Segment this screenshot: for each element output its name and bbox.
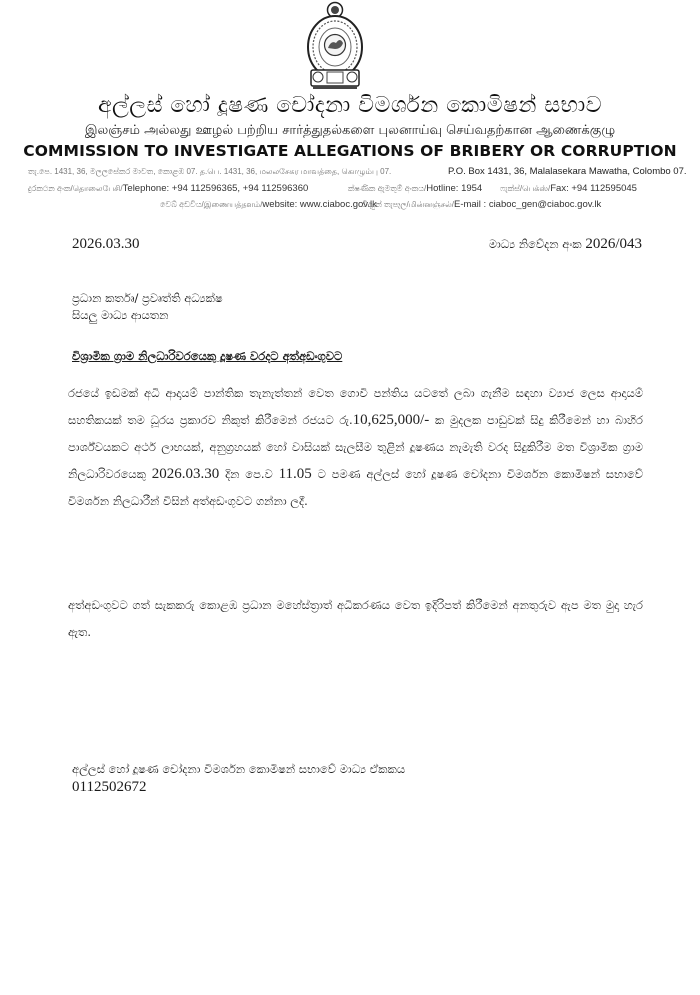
release-number: මාධ්‍ය නිවේදන අංක 2026/043 (489, 236, 642, 253)
body-paragraph-2: අත්අඩංගුවට ගත් සැකකරු කොළඹ ප්‍රධාන මහේස්… (68, 592, 643, 646)
email: විද්‍යුත් තැපෑල/மின்னஞ்சல்/E-mail : ciab… (362, 199, 601, 210)
media-unit: අල්ලස් හෝ දූෂණ චෝදනා විමර්ශන කොමිෂන් සභා… (72, 760, 405, 778)
subject-heading: විශ්‍රාමික ග්‍රාම නිලධාරිවරයෙකු දූෂණ වරද… (72, 349, 342, 364)
email-link[interactable]: E-mail : ciaboc_gen@ciaboc.gov.lk (454, 199, 601, 210)
website: වෙබ් අඩවිය/இணையத்தளம்/website: www.ciabo… (160, 199, 377, 210)
recipient-line: ප්‍රධාන කර්තෘ/ ප්‍රවෘත්ති අධ්‍යක්ෂ (72, 290, 223, 307)
org-name-tamil: இலஞ்சம் அல்லது ஊழல் பற்றிய சார்த்துதல்கள… (0, 123, 700, 139)
media-unit-phone: 0112502672 (72, 778, 405, 796)
national-emblem-icon (303, 0, 367, 90)
recipients: ප්‍රධාන කර්තෘ/ ප්‍රවෘත්ති අධ්‍යක්ෂ සියලු… (72, 290, 223, 324)
signature-block: අල්ලස් හෝ දූෂණ චෝදනා විමර්ශන කොමිෂන් සභා… (72, 760, 405, 796)
address-local: තැ.පෙ. 1431, 36, මලලසේකර මාවත, කොළඹ 07. … (28, 166, 391, 177)
org-name-english: COMMISSION TO INVESTIGATE ALLEGATIONS OF… (0, 142, 700, 160)
hotline: ක්ෂණික ඇමතුම් අංකය/Hotline: 1954 (348, 183, 482, 194)
telephone: දුරකථන අංක/தொலைபேசி/Telephone: +94 11259… (28, 183, 308, 194)
body-paragraph-1: රජයේ ඉඩමක් අධි ආදායම් පාන්තික තැනැත්තන් … (68, 380, 643, 515)
release-date: 2026.03.30 (72, 236, 140, 253)
org-name-sinhala: අල්ලස් හෝ දූෂණ චෝදනා විමර්ශන කොමිෂන් සභා… (0, 93, 700, 118)
address-english: P.O. Box 1431, 36, Malalasekara Mawatha,… (448, 166, 687, 177)
website-link[interactable]: website: www.ciaboc.gov.lk (262, 199, 376, 210)
press-release-page: අල්ලස් හෝ දූෂණ චෝදනා විමර්ශන කොමිෂන් සභා… (0, 0, 700, 995)
recipient-line: සියලු මාධ්‍ය ආයතන (72, 307, 223, 324)
fax: ෆැක්ස්/பெக்ஸ்/Fax: +94 112595045 (500, 183, 637, 194)
